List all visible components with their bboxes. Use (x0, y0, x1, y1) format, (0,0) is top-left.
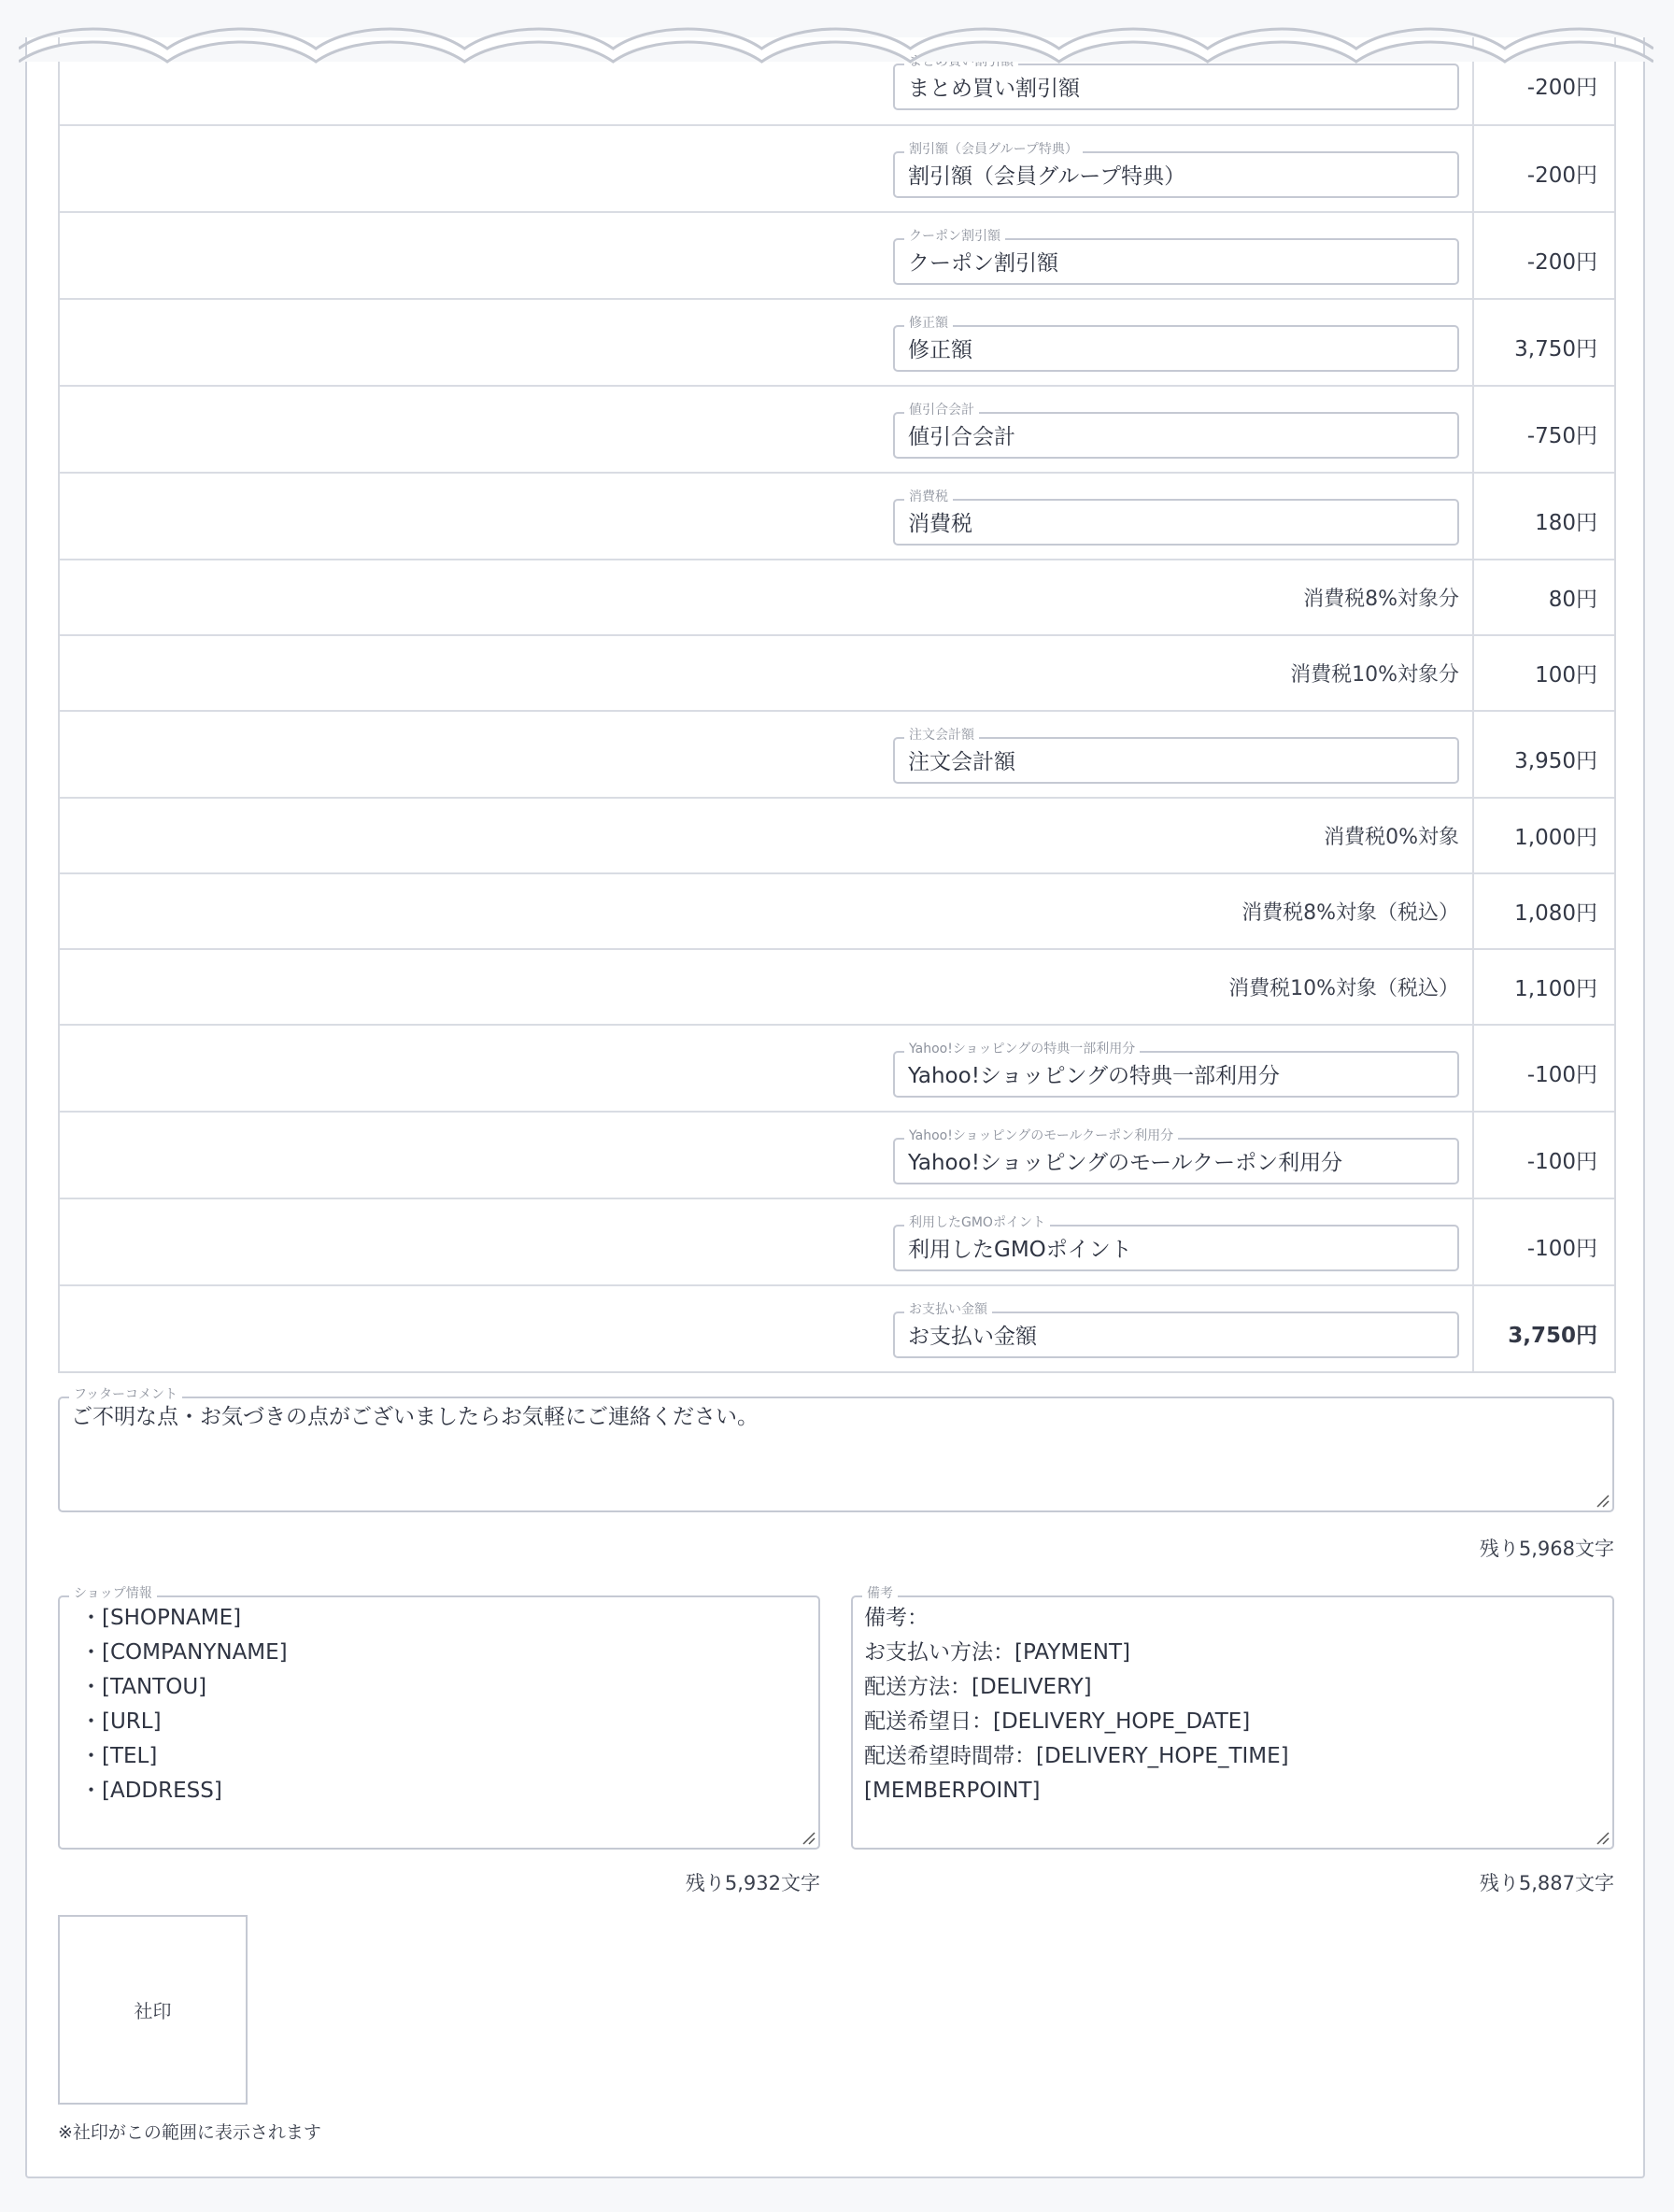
shop-info-label: ショップ情報 (69, 1586, 157, 1601)
table-row: 消費税8%対象（税込）1,080円 (60, 872, 1614, 948)
row-amount: 1,080円 (1474, 874, 1614, 948)
field-value: お支払い金額 (908, 1319, 1037, 1350)
row-label-input[interactable]: 利用したGMOポイント利用したGMOポイント (893, 1225, 1459, 1271)
row-label-cell: 消費税8%対象分 (60, 560, 1474, 634)
field-floating-label: Yahoo!ショッピングの特典一部利用分 (904, 1042, 1140, 1056)
row-amount: -750円 (1474, 387, 1614, 472)
resize-grip-icon[interactable] (1595, 1493, 1610, 1508)
field-floating-label: 値引合会計 (904, 403, 979, 418)
row-label-input[interactable]: 割引額（会員グループ特典）割引額（会員グループ特典） (893, 151, 1459, 198)
row-label-cell: Yahoo!ショッピングのモールクーポン利用分Yahoo!ショッピングのモールク… (60, 1113, 1474, 1198)
row-amount: 3,950円 (1474, 712, 1614, 797)
field-value: Yahoo!ショッピングの特典一部利用分 (908, 1058, 1280, 1089)
footer-comment-label: フッターコメント (69, 1387, 182, 1402)
row-amount: 1,000円 (1474, 799, 1614, 872)
field-value: まとめ買い割引額 (908, 71, 1080, 102)
row-amount: 100円 (1474, 636, 1614, 710)
remarks-textarea[interactable]: 備考 備考： お支払い方法：[PAYMENT] 配送方法：[DELIVERY] … (851, 1595, 1614, 1850)
row-label-input[interactable]: 修正額修正額 (893, 325, 1459, 372)
row-label-cell: 消費税10%対象（税込） (60, 950, 1474, 1024)
field-value: 割引額（会員グループ特典） (908, 159, 1185, 190)
table-row: 値引合会計値引合会計-750円 (60, 385, 1614, 472)
row-label-cell: 注文会計額注文会計額 (60, 712, 1474, 797)
row-amount: -100円 (1474, 1026, 1614, 1111)
row-label-input[interactable]: クーポン割引額クーポン割引額 (893, 238, 1459, 285)
row-label-input[interactable]: 値引合会計値引合会計 (893, 412, 1459, 459)
company-stamp-area: 社印 (58, 1915, 248, 2105)
row-label-cell: 消費税8%対象（税込） (60, 874, 1474, 948)
field-floating-label: Yahoo!ショッピングのモールクーポン利用分 (904, 1128, 1178, 1143)
stamp-label: 社印 (135, 1996, 172, 2023)
footer-comment-text: ご不明な点・お気づきの点がございましたらお気軽にご連絡ください。 (60, 1398, 1612, 1439)
resize-grip-icon[interactable] (1595, 1830, 1610, 1845)
row-label-input[interactable]: お支払い金額お支払い金額 (893, 1312, 1459, 1358)
row-amount: -100円 (1474, 1113, 1614, 1198)
row-label-input[interactable]: 注文会計額注文会計額 (893, 737, 1459, 784)
field-value: クーポン割引額 (908, 246, 1058, 276)
stamp-note: ※社印がこの範囲に表示されます (58, 2119, 321, 2144)
row-label-cell: クーポン割引額クーポン割引額 (60, 213, 1474, 298)
table-row: 消費税10%対象（税込）1,100円 (60, 948, 1614, 1024)
row-amount: -200円 (1474, 213, 1614, 298)
row-amount: 180円 (1474, 474, 1614, 559)
row-label-cell: 消費税消費税 (60, 474, 1474, 559)
field-value: Yahoo!ショッピングのモールクーポン利用分 (908, 1145, 1342, 1176)
table-row: クーポン割引額クーポン割引額-200円 (60, 211, 1614, 298)
row-label-cell: お支払い金額お支払い金額 (60, 1286, 1474, 1371)
shop-info-counter: 残り5,932文字 (27, 1868, 820, 1896)
row-label-input[interactable]: Yahoo!ショッピングのモールクーポン利用分Yahoo!ショッピングのモールク… (893, 1138, 1459, 1184)
table-row: 注文会計額注文会計額3,950円 (60, 710, 1614, 797)
field-floating-label: 利用したGMOポイント (904, 1215, 1050, 1230)
remarks-label: 備考 (862, 1586, 898, 1601)
row-label-input[interactable]: Yahoo!ショッピングの特典一部利用分Yahoo!ショッピングの特典一部利用分 (893, 1051, 1459, 1098)
remarks-counter: 残り5,887文字 (851, 1868, 1614, 1896)
row-amount: -100円 (1474, 1199, 1614, 1284)
table-row: 消費税8%対象分80円 (60, 559, 1614, 634)
row-amount: 1,100円 (1474, 950, 1614, 1024)
shop-info-text: ・[SHOPNAME] ・[COMPANYNAME] ・[TANTOU] ・[U… (60, 1597, 818, 1812)
field-value: 修正額 (908, 333, 972, 363)
table-row: Yahoo!ショッピングの特典一部利用分Yahoo!ショッピングの特典一部利用分… (60, 1024, 1614, 1111)
field-floating-label: お支払い金額 (904, 1302, 992, 1317)
table-row: お支払い金額お支払い金額3,750円 (60, 1284, 1614, 1371)
field-floating-label: クーポン割引額 (904, 229, 1005, 244)
row-label: 消費税10%対象（税込） (1228, 972, 1459, 1001)
table-row: 消費税0%対象1,000円 (60, 797, 1614, 872)
row-label: 消費税0%対象 (1324, 821, 1459, 850)
row-label-cell: 利用したGMOポイント利用したGMOポイント (60, 1199, 1474, 1284)
row-label: 消費税10%対象分 (1290, 659, 1459, 688)
field-floating-label: 注文会計額 (904, 728, 979, 743)
footer-comment-counter: 残り5,968文字 (27, 1534, 1614, 1562)
row-label-cell: 消費税10%対象分 (60, 636, 1474, 710)
table-row: 割引額（会員グループ特典）割引額（会員グループ特典）-200円 (60, 124, 1614, 211)
shop-info-textarea[interactable]: ショップ情報 ・[SHOPNAME] ・[COMPANYNAME] ・[TANT… (58, 1595, 820, 1850)
row-amount: 3,750円 (1474, 1286, 1614, 1371)
invoice-card: まとめ買い割引額まとめ買い割引額-200円割引額（会員グループ特典）割引額（会員… (25, 37, 1645, 2178)
table-row: 消費税10%対象分100円 (60, 634, 1614, 710)
row-label-cell: 値引合会計値引合会計 (60, 387, 1474, 472)
field-value: 注文会計額 (908, 744, 1015, 775)
table-row: 利用したGMOポイント利用したGMOポイント-100円 (60, 1198, 1614, 1284)
table-row: Yahoo!ショッピングのモールクーポン利用分Yahoo!ショッピングのモールク… (60, 1111, 1614, 1198)
resize-grip-icon[interactable] (801, 1830, 816, 1845)
torn-edge-wave (19, 19, 1653, 75)
field-floating-label: 修正額 (904, 316, 953, 331)
row-label-cell: 修正額修正額 (60, 300, 1474, 385)
row-label: 消費税8%対象（税込） (1241, 897, 1459, 926)
row-label: 消費税8%対象分 (1303, 583, 1459, 612)
field-floating-label: 消費税 (904, 489, 953, 504)
row-amount: 80円 (1474, 560, 1614, 634)
field-value: 利用したGMOポイント (908, 1232, 1132, 1263)
table-row: 消費税消費税180円 (60, 472, 1614, 559)
field-floating-label: 割引額（会員グループ特典） (904, 142, 1083, 157)
totals-table: まとめ買い割引額まとめ買い割引額-200円割引額（会員グループ特典）割引額（会員… (58, 37, 1616, 1373)
row-label-cell: 消費税0%対象 (60, 799, 1474, 872)
row-amount: -200円 (1474, 126, 1614, 211)
row-amount: 3,750円 (1474, 300, 1614, 385)
row-label-input[interactable]: 消費税消費税 (893, 499, 1459, 546)
table-row: 修正額修正額3,750円 (60, 298, 1614, 385)
remarks-text: 備考： お支払い方法：[PAYMENT] 配送方法：[DELIVERY] 配送希… (853, 1597, 1612, 1812)
field-value: 値引合会計 (908, 419, 1015, 450)
footer-comment-textarea[interactable]: フッターコメント ご不明な点・お気づきの点がございましたらお気軽にご連絡ください… (58, 1397, 1614, 1512)
row-label-cell: Yahoo!ショッピングの特典一部利用分Yahoo!ショッピングの特典一部利用分 (60, 1026, 1474, 1111)
field-value: 消費税 (908, 506, 972, 537)
row-label-cell: 割引額（会員グループ特典）割引額（会員グループ特典） (60, 126, 1474, 211)
